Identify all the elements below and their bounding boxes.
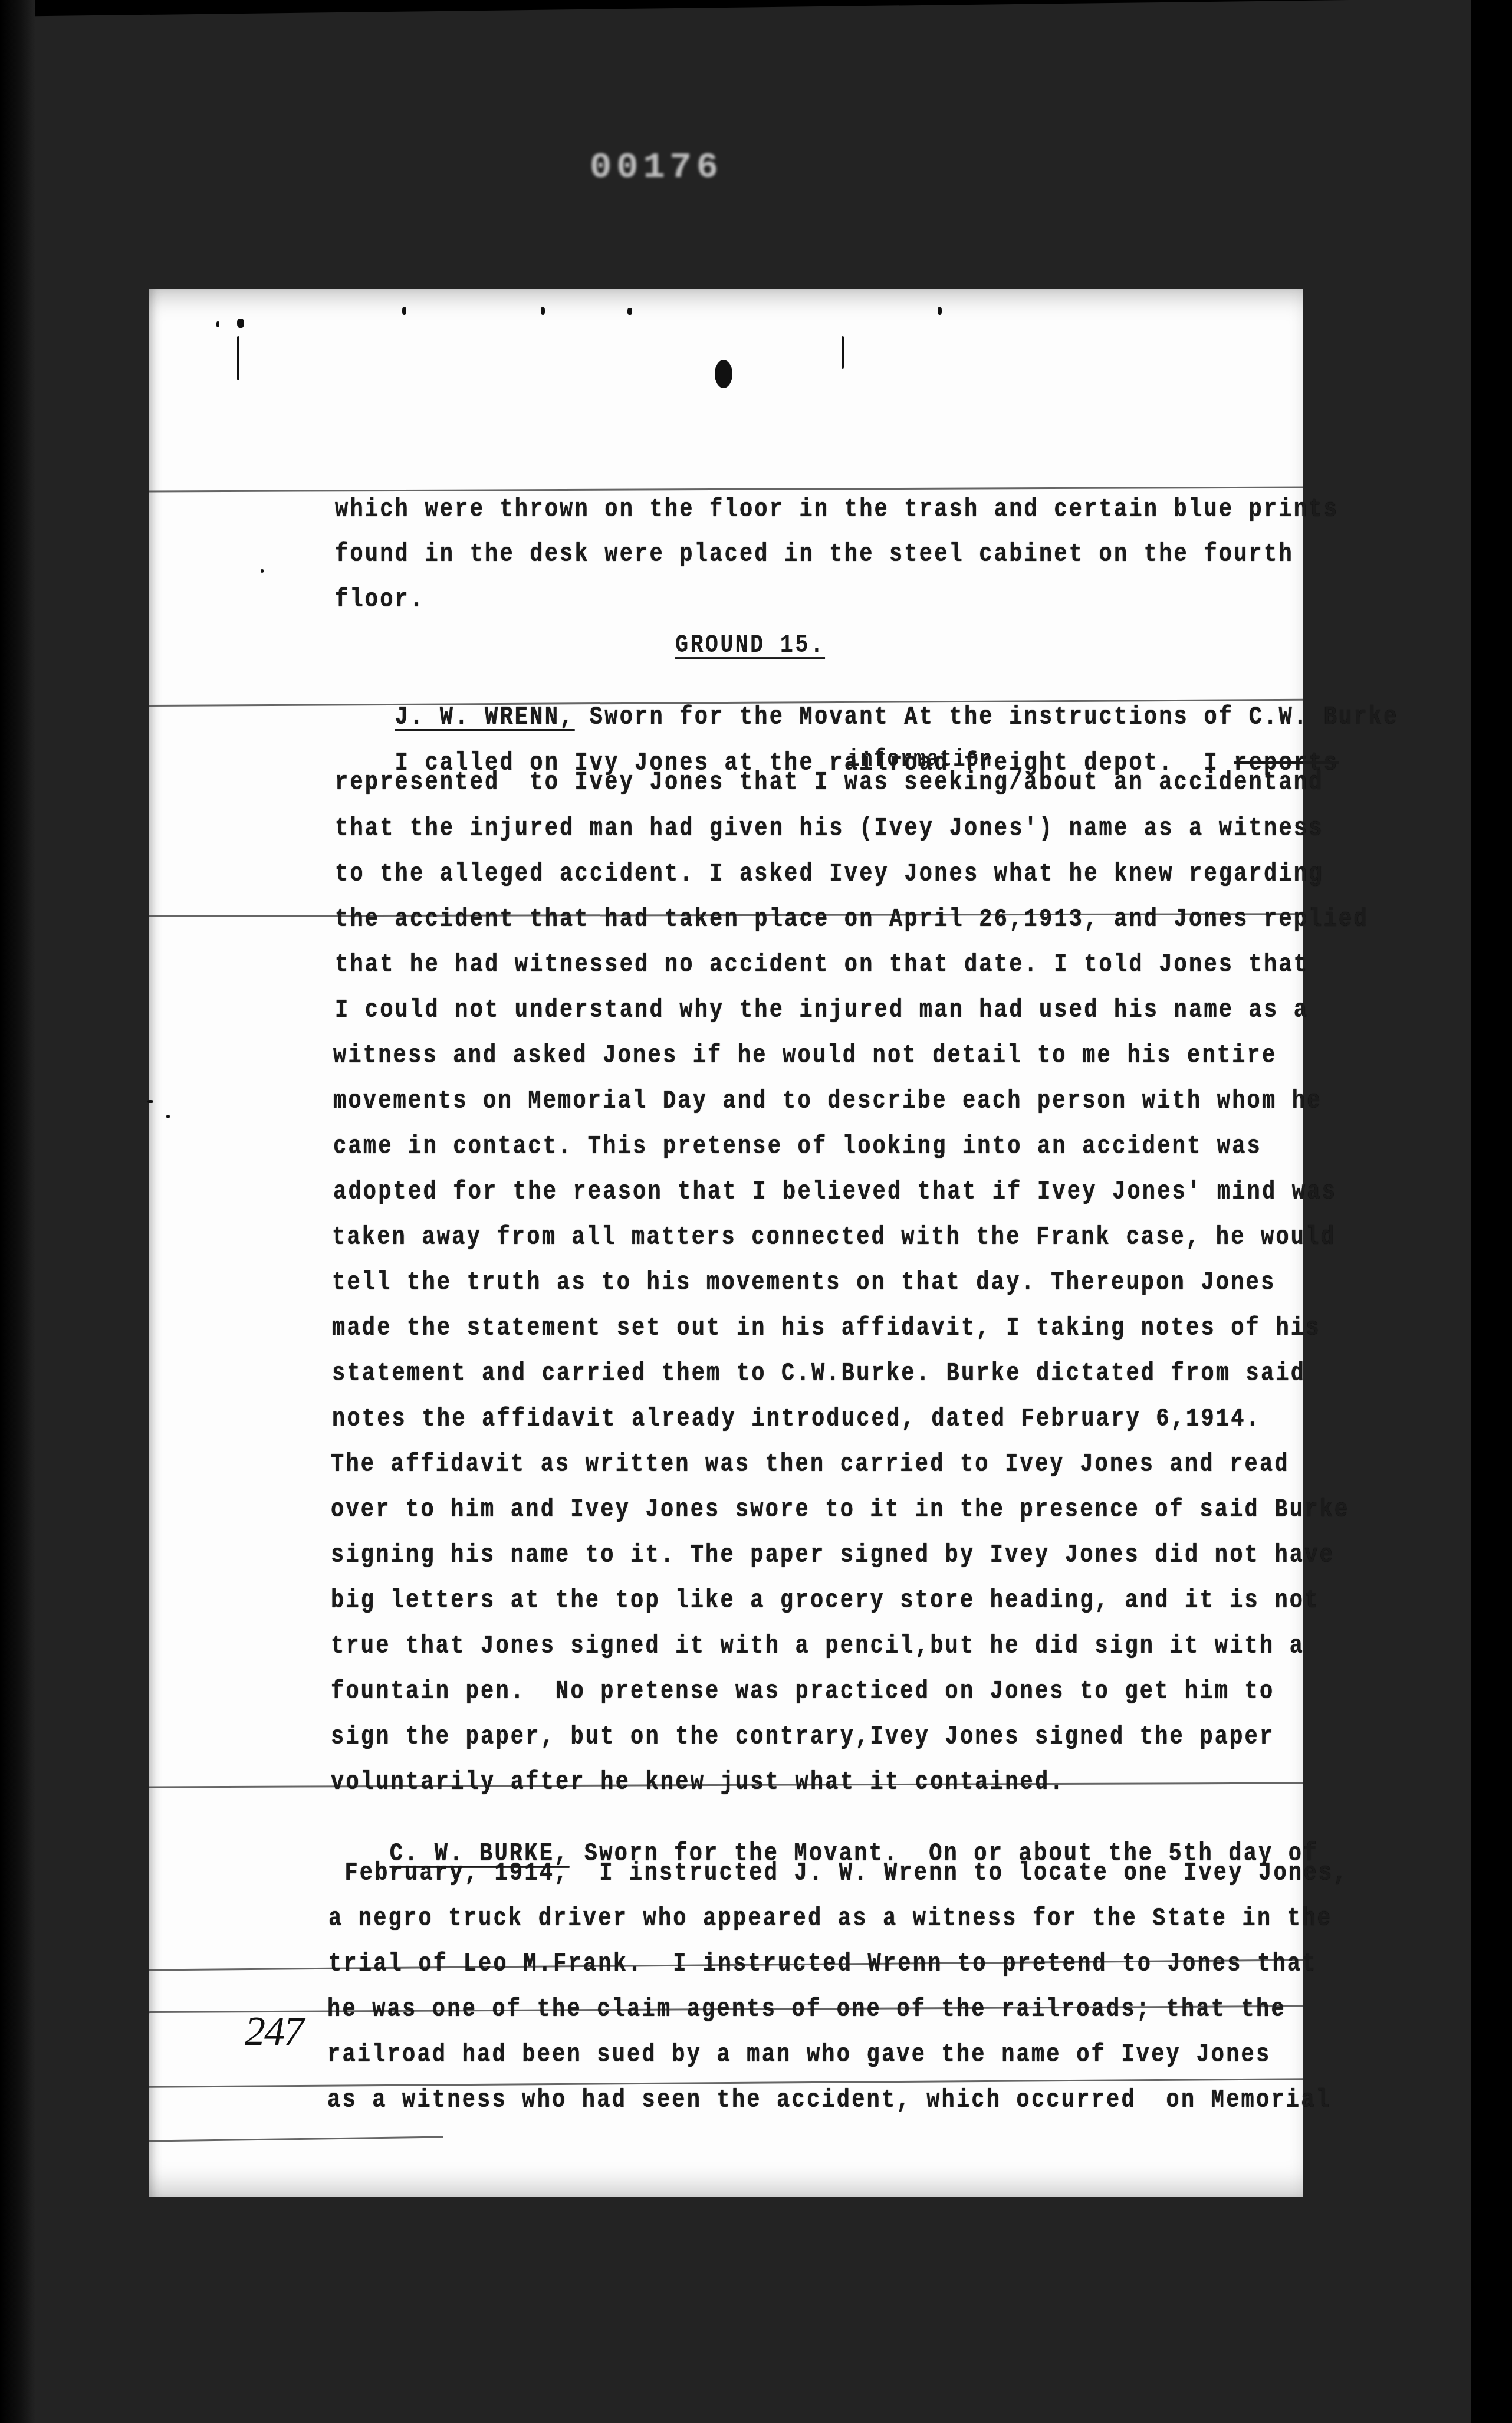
punch-hole-mark bbox=[715, 360, 732, 388]
text-line: found in the desk were placed in the ste… bbox=[335, 539, 1294, 570]
text-line: signing his name to it. The paper signed… bbox=[331, 1540, 1334, 1571]
ink-speck bbox=[166, 1115, 170, 1118]
text-line: February, 1914, I instructed J. W. Wrenn… bbox=[330, 1858, 1348, 1889]
text-line: trial of Leo M.Frank. I instructed Wrenn… bbox=[328, 1949, 1317, 1979]
scan-left-border bbox=[0, 0, 35, 2423]
text-line: statement and carried them to C.W.Burke.… bbox=[332, 1358, 1306, 1389]
text-line: to the alleged accident. I asked Ivey Jo… bbox=[335, 859, 1324, 889]
text-line: witness and asked Jones if he would not … bbox=[333, 1040, 1277, 1071]
text-line: notes the affidavit already introduced, … bbox=[332, 1404, 1261, 1434]
ink-speck bbox=[402, 307, 406, 315]
ink-stroke bbox=[842, 336, 844, 369]
ink-speck bbox=[627, 308, 632, 315]
ink-speck bbox=[216, 321, 219, 327]
text-line: adopted for the reason that I believed t… bbox=[333, 1177, 1337, 1207]
text-line: came in contact. This pretense of lookin… bbox=[333, 1131, 1262, 1162]
text-line: represented to Ivey Jones that I was see… bbox=[335, 767, 1324, 798]
text-line: big letters at the top like a grocery st… bbox=[331, 1585, 1320, 1616]
text-line: floor. bbox=[335, 585, 425, 615]
text-line: over to him and Ivey Jones swore to it i… bbox=[331, 1495, 1349, 1525]
text-line: I could not understand why the injured m… bbox=[335, 995, 1309, 1026]
text-line: sign the paper, but on the contrary,Ivey… bbox=[331, 1722, 1274, 1752]
scan-right-border bbox=[1471, 0, 1512, 2423]
text-line: true that Jones signed it with a pencil,… bbox=[331, 1631, 1304, 1662]
text-line: that he had witnessed no accident on tha… bbox=[335, 950, 1309, 980]
text-line: which were thrown on the floor in the tr… bbox=[335, 494, 1339, 525]
text-line: a negro truck driver who appeared as a w… bbox=[328, 1903, 1332, 1934]
text-line: as a witness who had seen the accident, … bbox=[327, 2085, 1331, 2116]
text-line: that the injured man had given his (Ivey… bbox=[335, 813, 1324, 844]
document-page: which were thrown on the floor in the tr… bbox=[149, 289, 1303, 2197]
text-line: taken away from all matters connected wi… bbox=[332, 1222, 1336, 1253]
microfilm-frame-number: 00176 bbox=[590, 146, 849, 188]
text-line: tell the truth as to his movements on th… bbox=[332, 1268, 1276, 1298]
ink-speck bbox=[261, 569, 264, 573]
text-line: railroad had been sued by a man who gave… bbox=[327, 2040, 1271, 2070]
scan-line bbox=[149, 2136, 443, 2142]
text-line: fountain pen. No pretense was practiced … bbox=[331, 1676, 1274, 1707]
scan-top-border bbox=[0, 0, 1512, 17]
ink-speck bbox=[541, 307, 545, 315]
text-line: The affidavit as written was then carrie… bbox=[331, 1449, 1290, 1480]
scan-line bbox=[149, 487, 1303, 493]
text-line: the accident that had taken place on Apr… bbox=[335, 904, 1369, 935]
text-line: movements on Memorial Day and to describ… bbox=[333, 1086, 1322, 1117]
handwritten-page-number: 247 bbox=[245, 2008, 303, 2056]
section-heading: GROUND 15. bbox=[675, 631, 825, 660]
text-line: he was one of the claim agents of one of… bbox=[327, 1994, 1286, 2025]
text-line: made the statement set out in his affida… bbox=[332, 1313, 1321, 1344]
text-line: voluntarily after he knew just what it c… bbox=[331, 1767, 1065, 1798]
ink-stroke bbox=[237, 336, 239, 380]
ink-speck bbox=[237, 319, 244, 328]
ink-speck bbox=[147, 1100, 153, 1103]
ink-speck bbox=[938, 307, 942, 315]
